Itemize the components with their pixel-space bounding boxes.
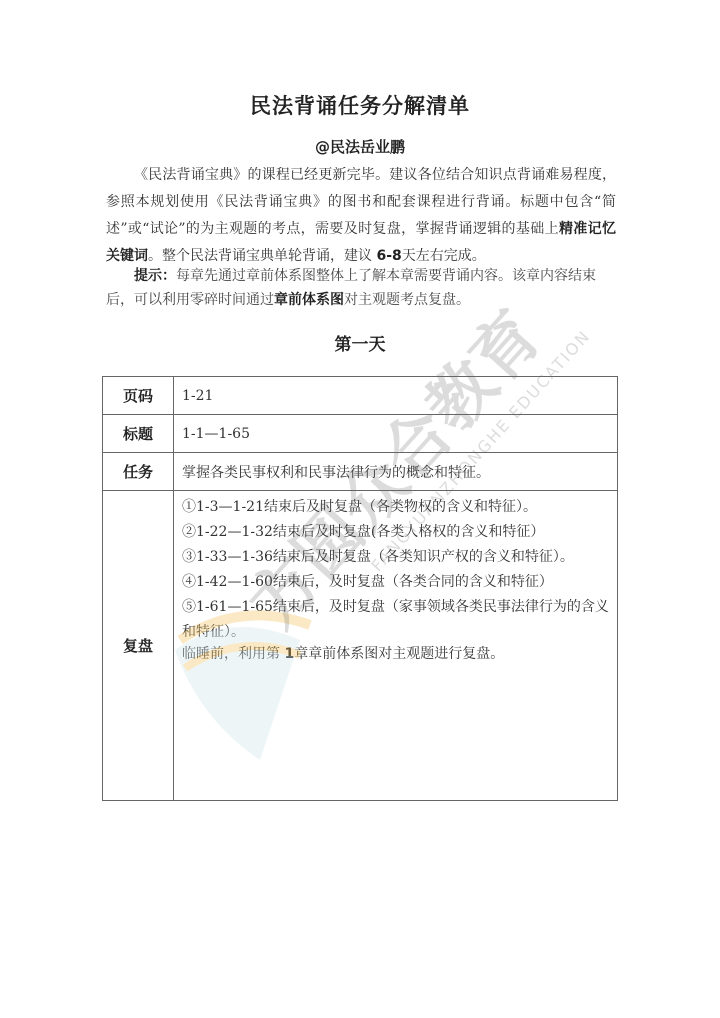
table-row-pages: 页码 1-21 <box>103 377 618 415</box>
task-table: 页码 1-21 标题 1-1—1-65 任务 掌握各类民事权利和民事法律行为的概… <box>102 376 618 801</box>
review-item: ⑤1-61—1-65结束后，及时复盘（家事领域各类民事法律行为的含义和特征）。 <box>182 595 611 645</box>
day-heading: 第一天 <box>0 330 720 355</box>
tip-label: 提示： <box>134 268 176 284</box>
final-text-1: 临睡前，利用第 <box>182 646 284 662</box>
review-list: ①1-3—1-21结束后及时复盘（各类物权的含义和特征）。 ②1-22—1-32… <box>174 491 618 801</box>
intro-text-1: 《民法背诵宝典》的课程已经更新完毕。建议各位结合知识点背诵难易程度，参照本规划使… <box>106 167 616 237</box>
tip-paragraph: 提示：每章先通过章前体系图整体上了解本章需要背诵内容。该章内容结束后，可以利用零… <box>106 264 616 312</box>
review-item: ④1-42—1-60结束后，及时复盘（各类合同的含义和特征） <box>182 570 611 595</box>
row-label: 页码 <box>103 377 174 415</box>
tip-text-2: 对主观题考点复盘。 <box>344 292 470 308</box>
table-row-task: 任务 掌握各类民事权利和民事法律行为的概念和特征。 <box>103 453 618 491</box>
review-item: ①1-3—1-21结束后及时复盘（各类物权的含义和特征）。 <box>182 495 611 520</box>
author-handle: @民法岳业鹏 <box>0 136 720 157</box>
row-value: 1-21 <box>174 377 618 415</box>
table-row-review: 复盘 ①1-3—1-21结束后及时复盘（各类物权的含义和特征）。 ②1-22—1… <box>103 491 618 801</box>
intro-text-3: 天左右完成。 <box>402 248 486 264</box>
final-text-2: 章章前体系图对主观题进行复盘。 <box>294 646 504 662</box>
row-value: 1-1—1-65 <box>174 415 618 453</box>
review-final-note: 临睡前，利用第 1章章前体系图对主观题进行复盘。 <box>182 645 611 663</box>
tip-emphasis: 章前体系图 <box>274 292 344 308</box>
row-label: 标题 <box>103 415 174 453</box>
review-item: ②1-22—1-32结束后及时复盘(各类人格权的含义和特征） <box>182 520 611 545</box>
review-item: ③1-33—1-36结束后及时复盘（各类知识产权的含义和特征）。 <box>182 545 611 570</box>
row-label: 复盘 <box>103 491 174 801</box>
row-label: 任务 <box>103 453 174 491</box>
row-value: 掌握各类民事权利和民事法律行为的概念和特征。 <box>174 453 618 491</box>
table-row-titles: 标题 1-1—1-65 <box>103 415 618 453</box>
page-title: 民法背诵任务分解清单 <box>0 90 720 120</box>
intro-paragraph: 《民法背诵宝典》的课程已经更新完毕。建议各位结合知识点背诵难易程度，参照本规划使… <box>106 162 616 270</box>
final-chapter-number: 1 <box>284 646 294 662</box>
intro-emphasis-days: 6-8 <box>376 248 401 264</box>
intro-text-2: 。整个民法背诵宝典单轮背诵，建议 <box>148 248 376 264</box>
